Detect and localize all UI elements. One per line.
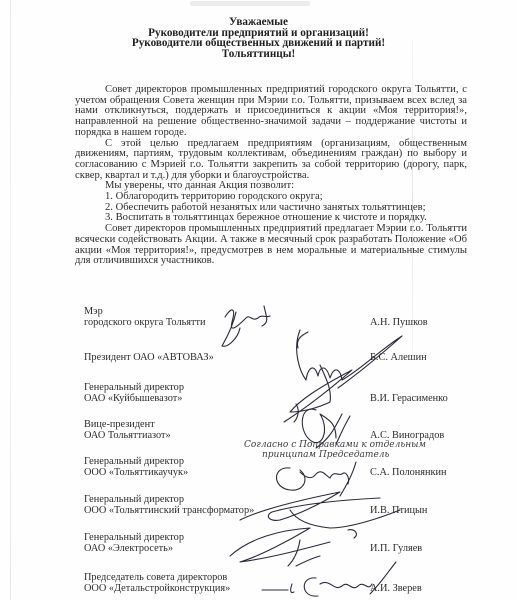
scanned-document-page: Уважаемые Руководители предприятий и орг… bbox=[0, 0, 517, 600]
signatory-avtovaz: Президент ОАО «АВТОВАЗ» Б.С. Алешин bbox=[84, 352, 504, 363]
signatory-name: А.И. Зверев bbox=[370, 583, 422, 594]
signatory-title: Президент ОАО «АВТОВАЗ» bbox=[84, 352, 504, 363]
signatory-kuibyshevazot: Генеральный директор ОАО «Куйбышевазот» … bbox=[84, 382, 504, 404]
signatory-title: ОАО «Электросеть» bbox=[84, 543, 504, 554]
signatory-title: Генеральный директор bbox=[84, 494, 504, 505]
signatory-elektroset: Генеральный директор ОАО «Электросеть» И… bbox=[84, 532, 504, 554]
signatory-name: В.И. Герасименко bbox=[370, 393, 448, 404]
signatory-name: И.П. Гуляев bbox=[370, 543, 422, 554]
signatory-title: Генеральный директор bbox=[84, 532, 504, 543]
scan-smudge bbox=[190, 1, 310, 6]
heading-line: Руководители общественных движений и пар… bbox=[0, 38, 517, 49]
signatory-transformator: Генеральный директор ООО «Тольяттинский … bbox=[84, 494, 504, 516]
signatory-title: Вице-президент bbox=[84, 419, 504, 430]
handwritten-note-line: Согласно с Поправками к отдельным bbox=[244, 440, 426, 450]
closing-paragraph: Совет директоров промышленных предприяти… bbox=[75, 224, 467, 267]
handwritten-note-line: принципам Председатель bbox=[262, 450, 389, 460]
paragraph: Совет директоров промышленных предприяти… bbox=[75, 85, 467, 139]
signatory-name: И.В. Птицын bbox=[370, 505, 427, 516]
signatory-title: ООО «Тольяттинский трансформатор» bbox=[84, 505, 504, 516]
signatory-title: Мэр bbox=[84, 306, 504, 317]
signatory-name: А.Н. Пушков bbox=[370, 317, 428, 328]
signatory-mayor: Мэр городского округа Тольятти А.Н. Пушк… bbox=[84, 306, 504, 328]
heading-line: Тольяттинцы! bbox=[0, 49, 517, 60]
signatory-title: Генеральный директор bbox=[84, 382, 504, 393]
signatory-togliattiazot: Вице-президент ОАО Тольяттиазот» А.С. Ви… bbox=[84, 419, 504, 441]
appeal-body: Совет директоров промышленных предприяти… bbox=[75, 85, 467, 267]
signatory-detalstroy: Председатель совета директоров ООО «Дета… bbox=[84, 572, 504, 594]
scan-edge bbox=[10, 0, 11, 600]
signatory-title: Председатель совета директоров bbox=[84, 572, 504, 583]
signatory-title: ООО «Детальстройконструкция» bbox=[84, 583, 504, 594]
signatory-name: Б.С. Алешин bbox=[370, 352, 427, 363]
heading-line: Уважаемые bbox=[0, 17, 517, 28]
signatory-name: С.А. Полонянкин bbox=[370, 467, 447, 478]
appeal-heading: Уважаемые Руководители предприятий и орг… bbox=[0, 17, 517, 59]
paragraph: С этой целью предлагаем предприятиям (ор… bbox=[75, 139, 467, 182]
signatory-title: городского округа Тольятти bbox=[84, 317, 504, 328]
